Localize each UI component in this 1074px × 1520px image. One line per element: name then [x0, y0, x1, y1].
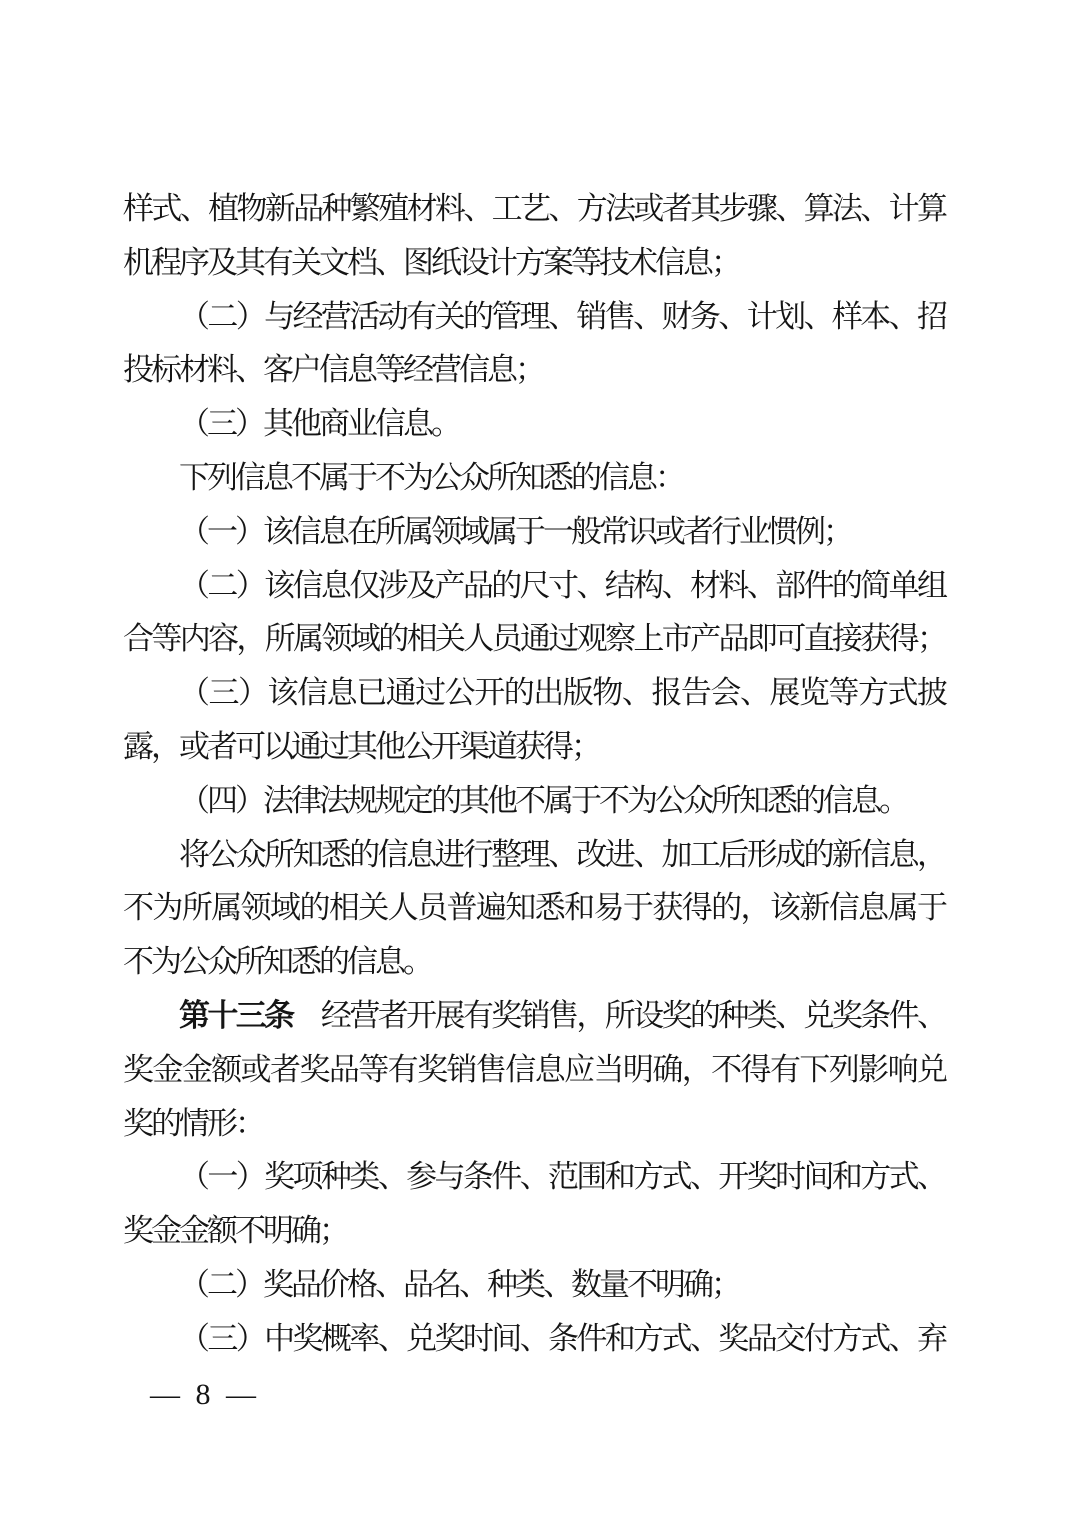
text-segment: 奖的情形：	[123, 1106, 263, 1141]
text-line: （二）与经营活动有关的管理、销售、财务、计划、样本、招	[123, 290, 945, 344]
text-segment: 样式、植物新品种繁殖材料、工艺、方法或者其步骤、算法、计算	[123, 191, 945, 226]
text-line: 第十三条 经营者开展有奖销售，所设奖的种类、兑奖条件、	[123, 989, 945, 1043]
text-line: （三）中奖概率、兑奖时间、条件和方式、奖品交付方式、弃	[123, 1312, 945, 1366]
text-segment: 不为所属领域的相关人员普遍知悉和易于获得的，该新信息属于	[123, 890, 945, 925]
text-segment: （二）奖品价格、品名、种类、数量不明确；	[179, 1267, 739, 1302]
text-segment: （一）奖项种类、参与条件、范围和方式、开奖时间和方式、	[179, 1159, 945, 1194]
text-segment: 投标材料、客户信息等经营信息；	[123, 352, 543, 387]
text-line: 将公众所知悉的信息进行整理、改进、加工后形成的新信息，	[123, 828, 945, 882]
text-line: 机程序及其有关文档、图纸设计方案等技术信息；	[123, 236, 945, 290]
page-number: — 8 —	[150, 1378, 260, 1412]
text-line: 投标材料、客户信息等经营信息；	[123, 343, 945, 397]
text-line: 合等内容，所属领域的相关人员通过观察上市产品即可直接获得；	[123, 612, 945, 666]
text-line: 不为所属领域的相关人员普遍知悉和易于获得的，该新信息属于	[123, 881, 945, 935]
document-page: 样式、植物新品种繁殖材料、工艺、方法或者其步骤、算法、计算机程序及其有关文档、图…	[0, 0, 1074, 1520]
text-line: （二）奖品价格、品名、种类、数量不明确；	[123, 1258, 945, 1312]
text-segment: （二）与经营活动有关的管理、销售、财务、计划、样本、招	[179, 299, 945, 334]
text-segment: （三）其他商业信息。	[179, 406, 459, 441]
text-line: 奖金金额不明确；	[123, 1204, 945, 1258]
text-segment: （三）中奖概率、兑奖时间、条件和方式、奖品交付方式、弃	[179, 1321, 945, 1356]
text-line: 奖金金额或者奖品等有奖销售信息应当明确，不得有下列影响兑	[123, 1043, 945, 1097]
text-line: 样式、植物新品种繁殖材料、工艺、方法或者其步骤、算法、计算	[123, 182, 945, 236]
text-segment: 露，或者可以通过其他公开渠道获得；	[123, 729, 599, 764]
text-segment: 奖金金额不明确；	[123, 1213, 347, 1248]
text-line: 露，或者可以通过其他公开渠道获得；	[123, 720, 945, 774]
text-segment: （三）该信息已通过公开的出版物、报告会、展览等方式披	[179, 675, 945, 710]
text-segment: 下列信息不属于不为公众所知悉的信息：	[179, 460, 683, 495]
text-line: （三）该信息已通过公开的出版物、报告会、展览等方式披	[123, 666, 945, 720]
text-segment: 不为公众所知悉的信息。	[123, 944, 431, 979]
text-line: 不为公众所知悉的信息。	[123, 935, 945, 989]
text-line: （四）法律法规规定的其他不属于不为公众所知悉的信息。	[123, 774, 945, 828]
text-segment: 合等内容，所属领域的相关人员通过观察上市产品即可直接获得；	[123, 621, 945, 656]
article-heading-segment: 第十三条	[179, 998, 293, 1033]
text-segment: （二）该信息仅涉及产品的尺寸、结构、材料、部件的简单组	[179, 568, 945, 603]
text-segment: 经营者开展有奖销售，所设奖的种类、兑奖条件、	[293, 998, 945, 1033]
text-line: （三）其他商业信息。	[123, 397, 945, 451]
text-segment: 机程序及其有关文档、图纸设计方案等技术信息；	[123, 245, 739, 280]
text-segment: （一）该信息在所属领域属于一般常识或者行业惯例；	[179, 514, 851, 549]
text-segment: （四）法律法规规定的其他不属于不为公众所知悉的信息。	[179, 783, 907, 818]
text-line: （一）奖项种类、参与条件、范围和方式、开奖时间和方式、	[123, 1150, 945, 1204]
text-line: 下列信息不属于不为公众所知悉的信息：	[123, 451, 945, 505]
text-segment: 将公众所知悉的信息进行整理、改进、加工后形成的新信息，	[179, 837, 945, 872]
document-body: 样式、植物新品种繁殖材料、工艺、方法或者其步骤、算法、计算机程序及其有关文档、图…	[123, 182, 945, 1366]
text-line: （一）该信息在所属领域属于一般常识或者行业惯例；	[123, 505, 945, 559]
text-line: 奖的情形：	[123, 1097, 945, 1151]
text-segment: 奖金金额或者奖品等有奖销售信息应当明确，不得有下列影响兑	[123, 1052, 945, 1087]
text-line: （二）该信息仅涉及产品的尺寸、结构、材料、部件的简单组	[123, 559, 945, 613]
